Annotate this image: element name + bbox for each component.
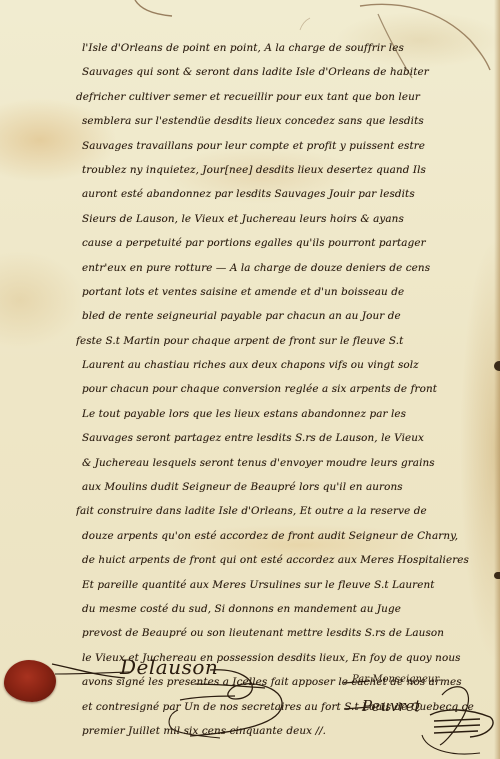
signature-par-monseigneur: Par Monseigneur: [352, 674, 439, 685]
manuscript-line: fait construire dans ladite Isle d'Orlea…: [76, 499, 490, 523]
signature-delauson: Delauson: [120, 655, 218, 679]
manuscript-page: l'Isle d'Orleans de point en point, A la…: [0, 0, 500, 759]
manuscript-line: semblera sur l'estendüe desdits lieux co…: [82, 109, 490, 133]
edge-ink-mark: [494, 361, 500, 371]
manuscript-body: l'Isle d'Orleans de point en point, A la…: [82, 36, 490, 743]
manuscript-line: defricher cultiver semer et recueillir p…: [76, 85, 490, 109]
manuscript-line: cause a perpetuité par portions egalles …: [82, 231, 490, 255]
manuscript-line: Sauvages qui sont & seront dans ladite I…: [82, 60, 490, 84]
manuscript-line: l'Isle d'Orleans de point en point, A la…: [82, 36, 490, 60]
manuscript-line: aux Moulins dudit Seigneur de Beaupré lo…: [82, 475, 490, 499]
manuscript-line: du mesme costé du sud, Si donnons en man…: [82, 597, 490, 621]
manuscript-line: Et pareille quantité aux Meres Ursulines…: [82, 573, 490, 597]
edge-ink-mark: [494, 572, 500, 579]
manuscript-line: Sauvages travaillans pour leur compte et…: [82, 134, 490, 158]
manuscript-line: de huict arpents de front qui ont esté a…: [82, 548, 490, 572]
manuscript-line: & Juchereau lesquels seront tenus d'envo…: [82, 451, 490, 475]
manuscript-line: Laurent au chastiau riches aux deux chap…: [82, 353, 490, 377]
manuscript-line: bled de rente seigneurial payable par ch…: [82, 304, 490, 328]
manuscript-line: portant lots et ventes saisine et amende…: [82, 280, 490, 304]
manuscript-line: Sieurs de Lauson, le Vieux et Juchereau …: [82, 207, 490, 231]
manuscript-line: troublez ny inquietez, Jour[nee] desdits…: [82, 158, 490, 182]
manuscript-line: Le tout payable lors que les lieux estan…: [82, 402, 490, 426]
manuscript-line: pour chacun pour chaque conversion reglé…: [82, 377, 490, 401]
manuscript-line: Sauvages seront partagez entre lesdits S…: [82, 426, 490, 450]
manuscript-line: entr'eux en pure rotture — A la charge d…: [82, 256, 490, 280]
manuscript-line: douze arpents qu'on esté accordez de fro…: [82, 524, 490, 548]
page-edge-shadow: [494, 0, 500, 759]
manuscript-line: feste S.t Martin pour chaque arpent de f…: [76, 329, 490, 353]
manuscript-line: auront esté abandonnez par lesdits Sauva…: [82, 182, 490, 206]
signature-peuvret: Peuvret: [362, 697, 421, 715]
